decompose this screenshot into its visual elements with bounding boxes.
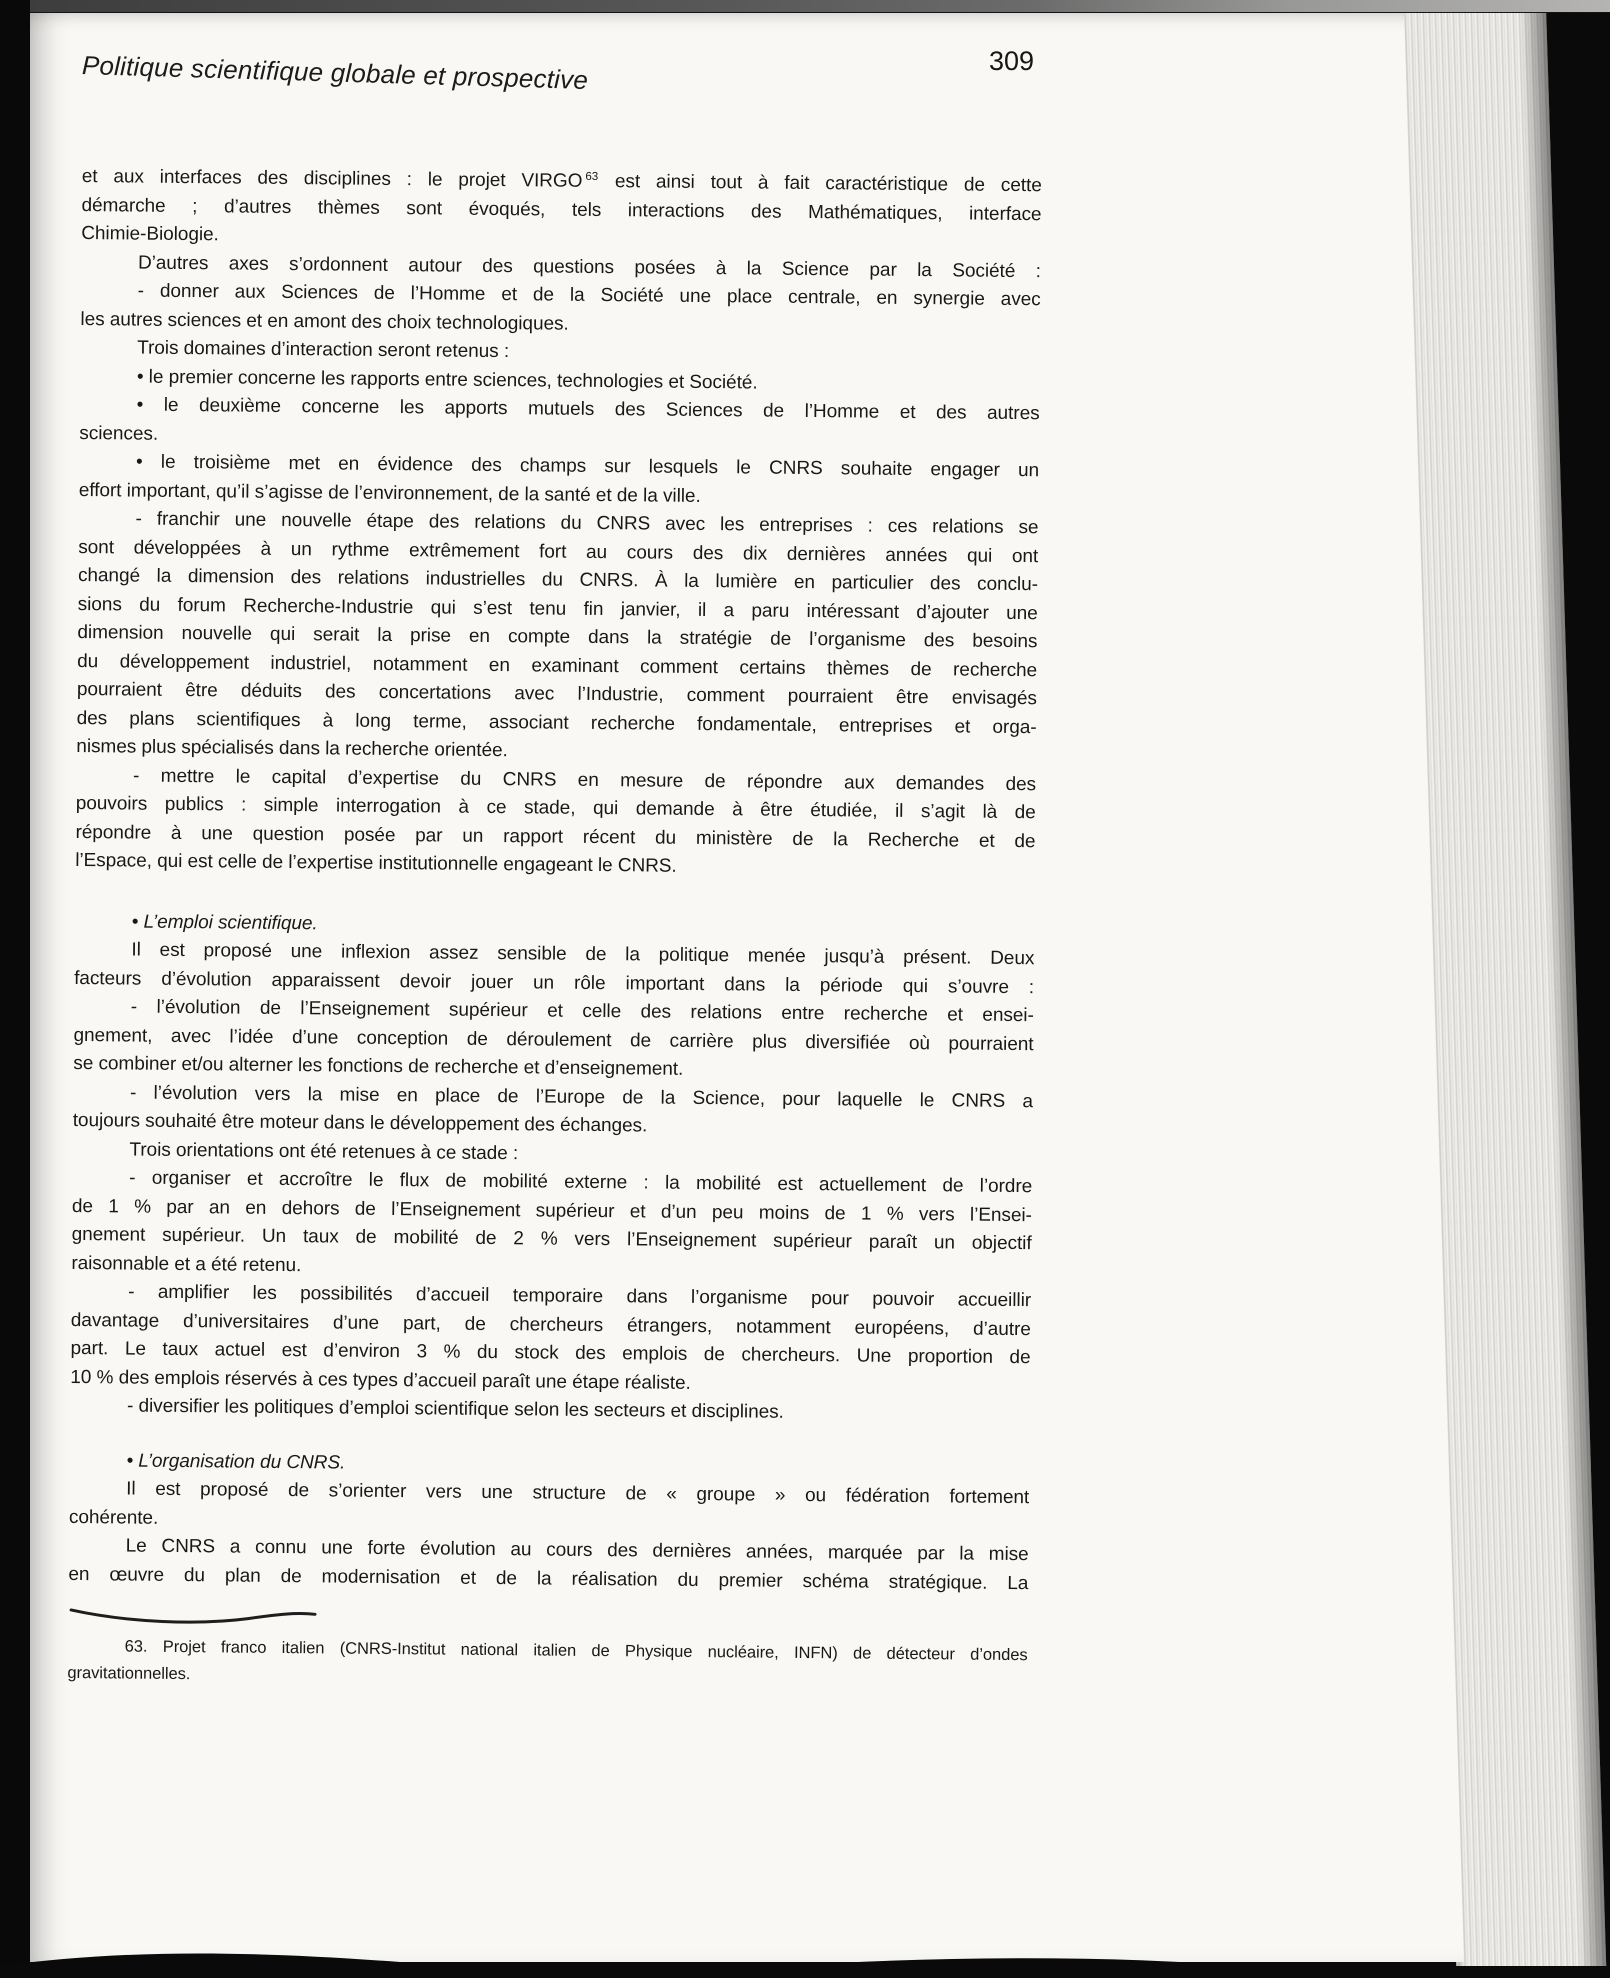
- body-paragraph: - organiser et accroître le flux de mobi…: [71, 1164, 1032, 1287]
- body-paragraph: Il est proposé une inflexion assez sensi…: [74, 936, 1035, 1002]
- body-paragraph: Le CNRS a connu une forte évolution au c…: [68, 1532, 1029, 1598]
- intro-line1-post: est ainsi tout à fait caractéristique de…: [599, 171, 1042, 196]
- footnote-separator-line: [68, 1603, 318, 1627]
- body-paragraph: - l’évolution de l’Enseignement supérieu…: [73, 993, 1034, 1088]
- page-header: Politique scientifique globale et prospe…: [82, 50, 1034, 81]
- body-paragraph: - franchir une nouvelle étape des relati…: [76, 505, 1038, 771]
- scanned-book-page: Politique scientifique globale et prospe…: [0, 0, 1610, 1978]
- scanner-left-edge: [0, 0, 30, 1978]
- body-text: et aux interfaces des disciplines : le p…: [67, 158, 1042, 1696]
- intro-line1-pre: et aux interfaces des disciplines : le p…: [82, 166, 583, 192]
- body-paragraph: - donner aux Sciences de l’Homme et de l…: [80, 277, 1041, 343]
- body-paragraph: - l’évolution vers la mise en place de l…: [73, 1078, 1034, 1144]
- body-paragraph: • le deuxième concerne les apports mutue…: [79, 391, 1040, 457]
- body-paragraph: et aux interfaces des disciplines : le p…: [81, 158, 1042, 258]
- body-paragraph: Il est proposé de s’orienter vers une st…: [69, 1475, 1030, 1541]
- scanner-top-edge: [0, 0, 1610, 13]
- page-number: 309: [989, 46, 1034, 77]
- body-paragraph: • le troisième met en évidence des champ…: [79, 448, 1040, 514]
- footnote-separator: [68, 1603, 1028, 1634]
- body-paragraph: - amplifier les possibilités d’accueil t…: [70, 1278, 1031, 1401]
- footnote-reference-sup: 63: [582, 171, 599, 183]
- footnote: 63. Projet franco italien (CNRS-Institut…: [67, 1633, 1027, 1696]
- body-paragraph: - mettre le capital d’expertise du CNRS …: [75, 761, 1036, 884]
- page-bottom-shadow: [0, 1942, 1610, 1978]
